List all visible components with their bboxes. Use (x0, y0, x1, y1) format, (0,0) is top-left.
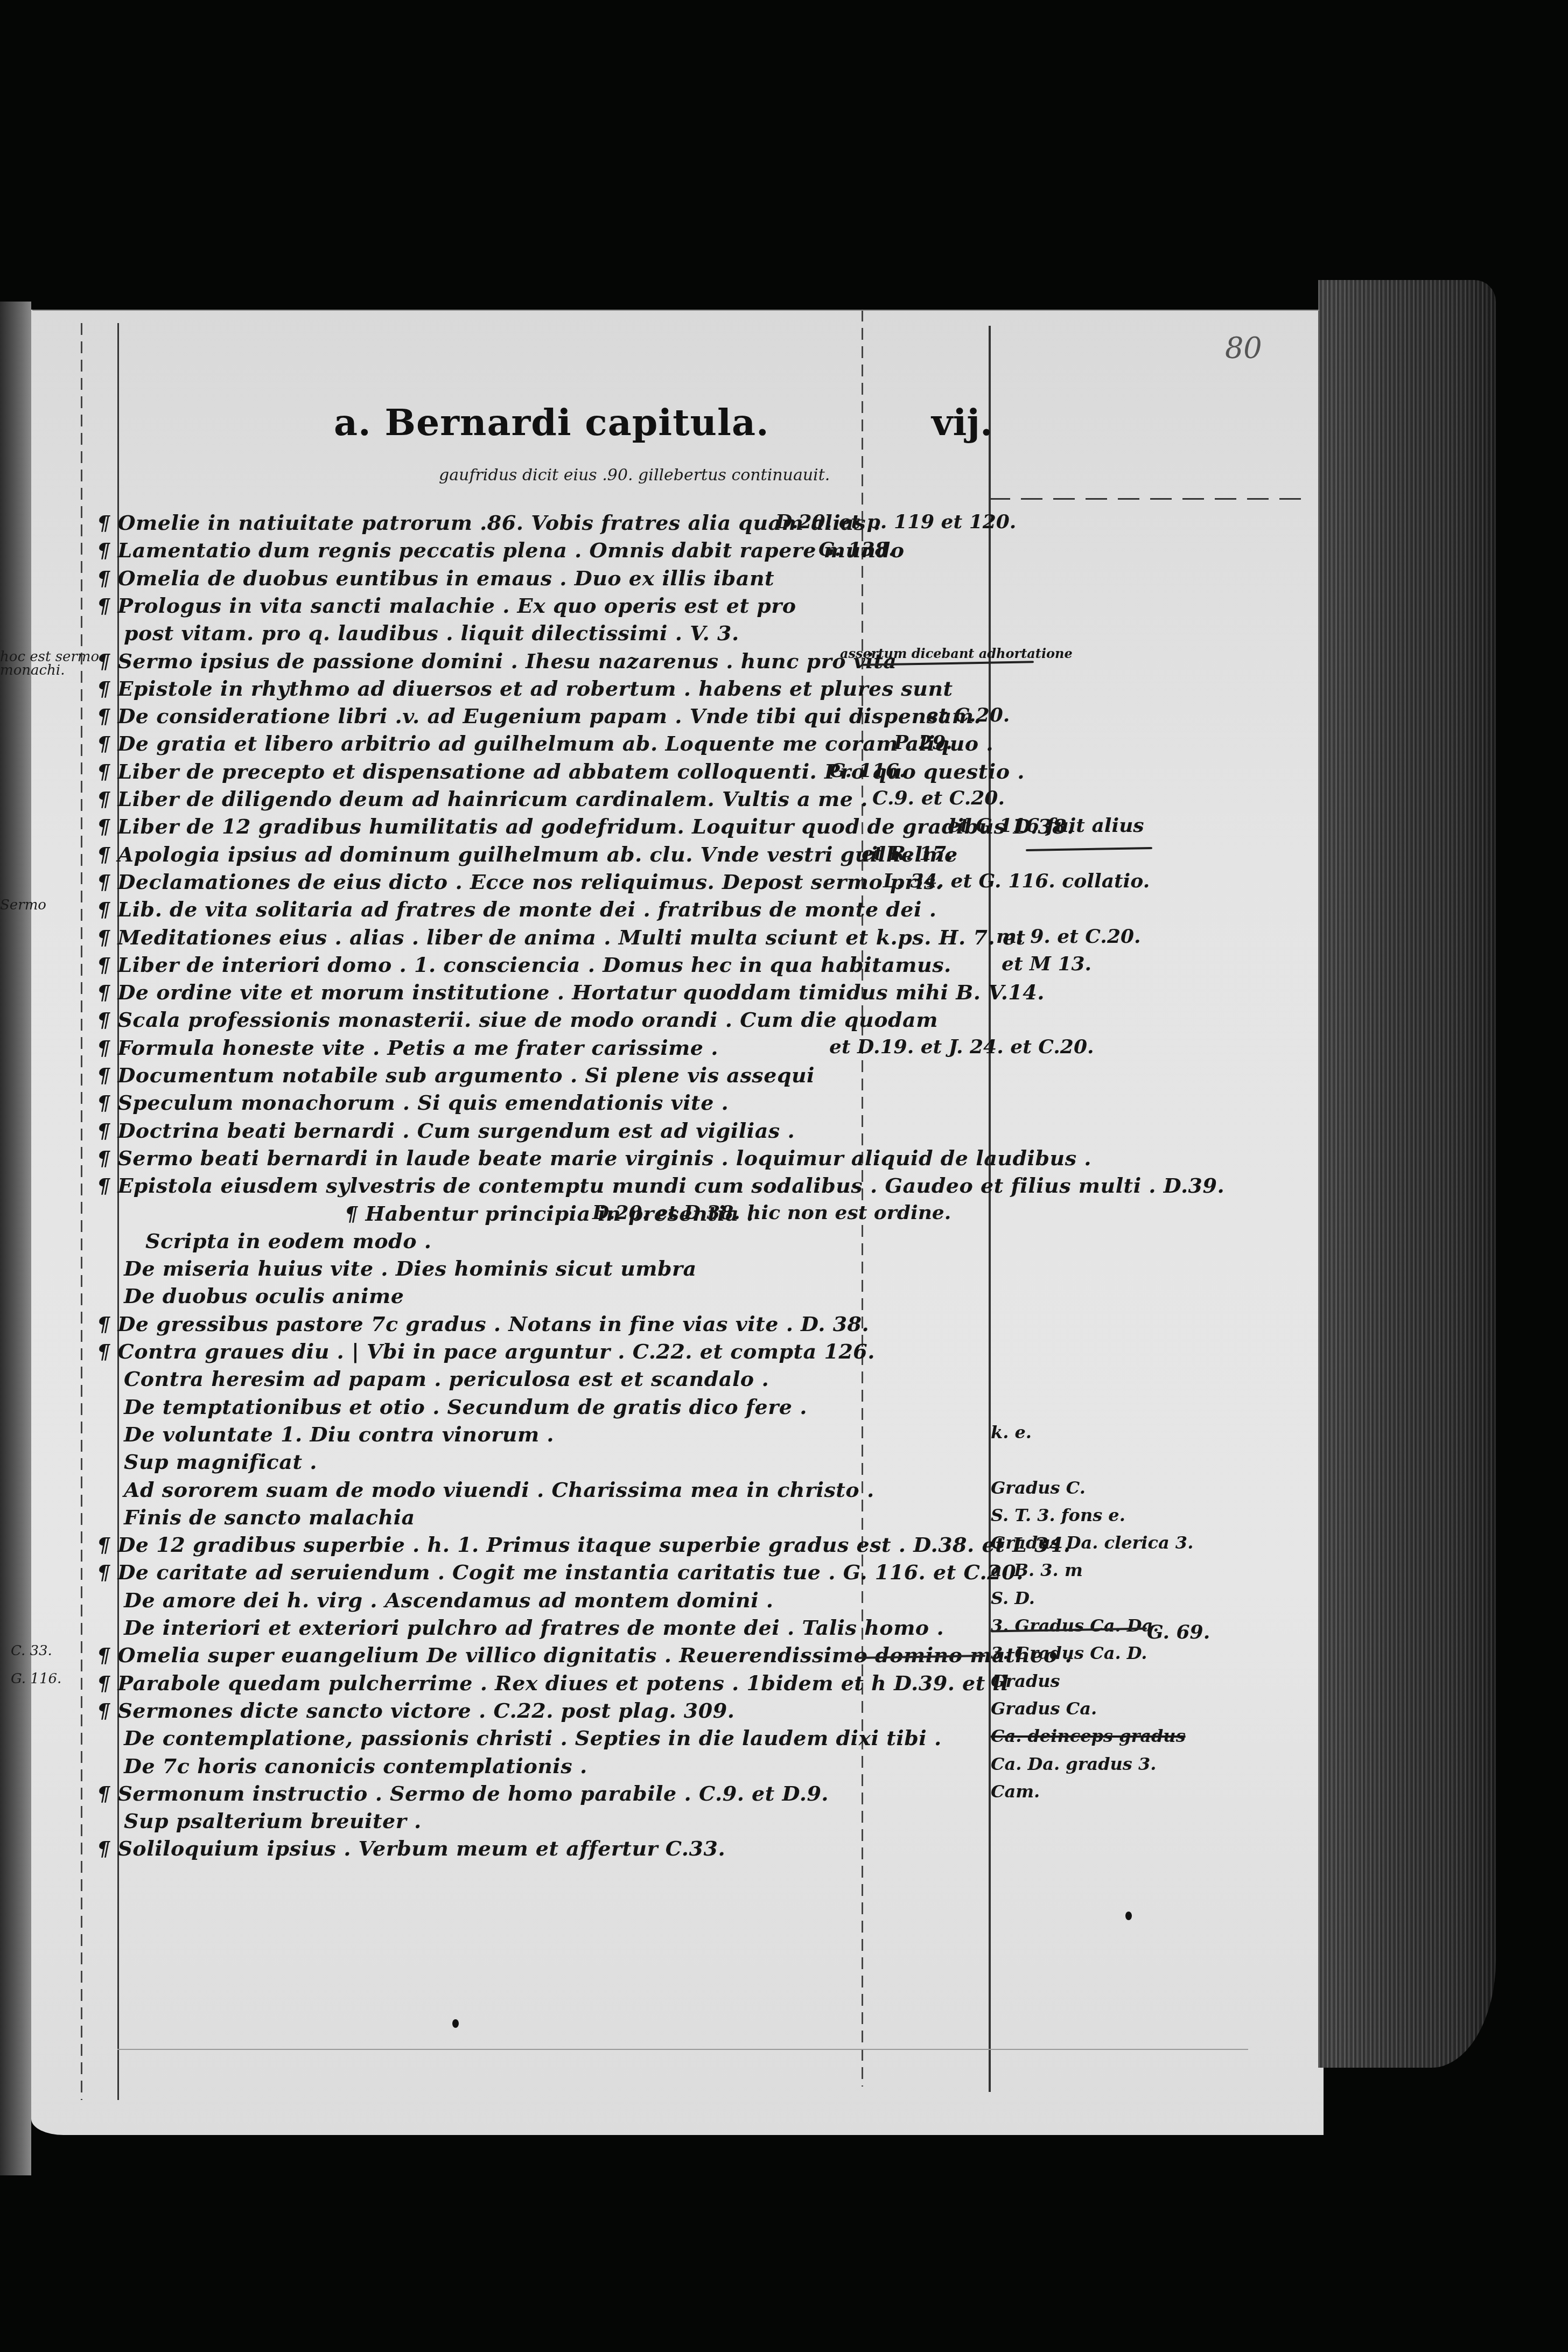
toc-entry: Finis de sancto malachia (124, 1505, 415, 1529)
entry-reference: assertum dicebant adhortatione (840, 646, 1073, 661)
chapter-numeral: vij. (932, 401, 993, 444)
right-column-reference: Ca. deinceps gradus (991, 1726, 1186, 1746)
toc-entry: ¶ Speculum monachorum . Si quis emendati… (97, 1090, 729, 1115)
toc-entry: ¶ Epistola eiusdem sylvestris de contemp… (97, 1173, 1224, 1198)
toc-entry: ¶ Sermonum instructio . Sermo de homo pa… (97, 1781, 829, 1805)
folio-number: 80 (1225, 331, 1262, 365)
toc-entry: ¶ Sermo beati bernardi in laude beate ma… (97, 1146, 1091, 1170)
toc-entry: ¶ Omelia super euangelium De villico dig… (97, 1643, 1072, 1667)
margin-note: G. 116. (11, 1671, 61, 1687)
margin-note: Sermo (0, 897, 46, 913)
toc-entry: ¶ Documentum notabile sub argumento . Si… (97, 1063, 815, 1087)
toc-entry: Ad sororem suam de modo viuendi . Charis… (124, 1478, 874, 1502)
subheading: gaufridus dicit eius .90. gillebertus co… (439, 466, 830, 485)
toc-entry: Contra heresim ad papam . periculosa est… (124, 1367, 769, 1391)
entry-reference: et G 116 fuit alius (948, 814, 1144, 837)
entry-reference: D.20. et p. 119 et 120. (775, 510, 1016, 533)
right-column-reference: Gradus (991, 1671, 1060, 1691)
toc-entry: De miseria huius vite . Dies hominis sic… (124, 1256, 697, 1280)
ruling-line-middle (862, 310, 863, 2087)
page-title: a. Bernardi capitula. (334, 401, 769, 444)
toc-entry: Scripta in eodem modo . (145, 1229, 431, 1253)
toc-entry: ¶ De 12 gradibus superbie . h. 1. Primus… (97, 1532, 1071, 1557)
entry-reference: m. 9. et C.20. (996, 925, 1141, 948)
toc-entry: ¶ Contra graues diu . | Vbi in pace argu… (97, 1339, 875, 1363)
right-column-reference: Gradus C. (991, 1478, 1086, 1498)
entry-reference: et C.20. (926, 704, 1010, 726)
adjacent-page-edge (0, 302, 31, 2175)
toc-entry: ¶ De ordine vite et morum institutione .… (97, 980, 1045, 1004)
right-column-reference: k. e. (991, 1422, 1032, 1443)
right-column-reference: 3. Gradus Ca. D. (991, 1643, 1147, 1663)
toc-entry: De duobus oculis anime (124, 1284, 404, 1308)
toc-entry: ¶ Meditationes eius . alias . liber de a… (97, 925, 1026, 949)
entry-reference: G. 116. (829, 759, 906, 782)
toc-entry: De temptationibus et otio . Secundum de … (124, 1395, 807, 1419)
toc-entry: ¶ Formula honeste vite . Petis a me frat… (97, 1035, 718, 1060)
entry-reference: D.20. et D.38. hic non est ordine. (592, 1201, 951, 1224)
margin-note: monachi. (0, 662, 65, 678)
entry-reference: G. 138. (818, 538, 895, 561)
toc-entry: De 7c horis canonicis contemplationis . (124, 1754, 587, 1778)
toc-entry: Sup psalterium breuiter . (124, 1809, 422, 1833)
toc-entry: ¶ Prologus in vita sancti malachie . Ex … (97, 593, 796, 618)
toc-entry: ¶ De gratia et libero arbitrio ad guilhe… (97, 731, 993, 755)
toc-entry: ¶ Soliloquium ipsius . Verbum meum et af… (97, 1836, 725, 1860)
entry-reference: et M 13. (1002, 953, 1091, 975)
entry-reference: C.9. et C.20. (872, 787, 1005, 809)
right-column-reference: S. T. 3. fons e. (991, 1505, 1125, 1525)
right-column-reference: Gradus Da. clerica 3. (991, 1532, 1193, 1553)
entry-reference: L. 34. et G. 116. collatio. (883, 870, 1150, 892)
toc-entry: ¶ Sermo ipsius de passione domini . Ihes… (97, 649, 897, 673)
right-column-reference: Cam. (991, 1781, 1040, 1802)
right-column-reference: S. D. (991, 1588, 1035, 1608)
ruling-line-right (989, 326, 991, 2092)
toc-entry: ¶ Doctrina beati bernardi . Cum surgendu… (97, 1118, 795, 1143)
toc-entry: ¶ De gressibus pastore 7c gradus . Notan… (97, 1312, 869, 1336)
right-column-reference: Ca. Da. gradus 3. (991, 1754, 1156, 1774)
toc-entry: De amore dei h. virg . Ascendamus ad mon… (124, 1588, 774, 1612)
toc-entry: ¶ Scala professionis monasterii. siue de… (97, 1007, 938, 1032)
toc-entry: ¶ Omelie in natiuitate patrorum .86. Vob… (97, 510, 881, 535)
ruling-line-top (32, 310, 1319, 311)
right-column-reference: a. B. 3. m (991, 1560, 1083, 1580)
toc-entry: post vitam. pro q. laudibus . liquit dil… (124, 621, 739, 645)
ink-spot (1125, 1912, 1132, 1920)
margin-note: C. 33. (11, 1643, 52, 1659)
book-fore-edge (1318, 280, 1496, 2068)
toc-entry: De interiori et exteriori pulchro ad fra… (124, 1615, 944, 1640)
toc-entry: ¶ Declamationes de eius dicto . Ecce nos… (97, 870, 943, 894)
entry-reference: et D.19. et J. 24. et C.20. (829, 1035, 1094, 1058)
toc-entry: ¶ Liber de interiori domo . 1. conscienc… (97, 953, 951, 977)
ruling-line-header (989, 498, 1301, 500)
ink-spot (452, 2019, 459, 2028)
toc-entry: ¶ Lib. de vita solitaria ad fratres de m… (97, 897, 936, 921)
toc-entry: ¶ Lamentatio dum regnis peccatis plena .… (97, 538, 905, 562)
toc-entry: ¶ De consideratione libri .v. ad Eugeniu… (97, 704, 981, 728)
toc-entry: ¶ Epistole in rhythmo ad diuersos et ad … (97, 676, 953, 701)
toc-entry: ¶ Omelia de duobus euntibus in emaus . D… (97, 566, 774, 590)
toc-entry: De contemplatione, passionis christi . S… (124, 1726, 942, 1750)
toc-entry: ¶ De caritate ad seruiendum . Cogit me i… (97, 1560, 1024, 1584)
ruling-line-bottom (117, 2049, 1248, 2050)
toc-entry: ¶ Parabole quedam pulcherrime . Rex diue… (97, 1671, 1009, 1695)
toc-entry: ¶ Liber de 12 gradibus humilitatis ad go… (97, 814, 1074, 838)
toc-entry: ¶ Liber de diligendo deum ad hainricum c… (97, 787, 868, 811)
toc-entry: ¶ Apologia ipsius ad dominum guilhelmum … (97, 842, 958, 866)
toc-entry: Sup magnificat . (124, 1450, 317, 1474)
toc-entry: ¶ Sermones dicte sancto victore . C.22. … (97, 1698, 734, 1723)
toc-entry: De voluntate 1. Diu contra vinorum . (124, 1422, 554, 1446)
right-column-reference: Gradus Ca. (991, 1698, 1097, 1719)
ruling-line-left-outer (81, 323, 82, 2100)
entry-reference: et R. 17. (862, 842, 953, 865)
right-reference-g69: G. 69. (1147, 1621, 1210, 1643)
entry-reference: P. 29. (894, 731, 953, 754)
right-column-reference: 3. Gradus Ca. Da. (991, 1615, 1159, 1636)
